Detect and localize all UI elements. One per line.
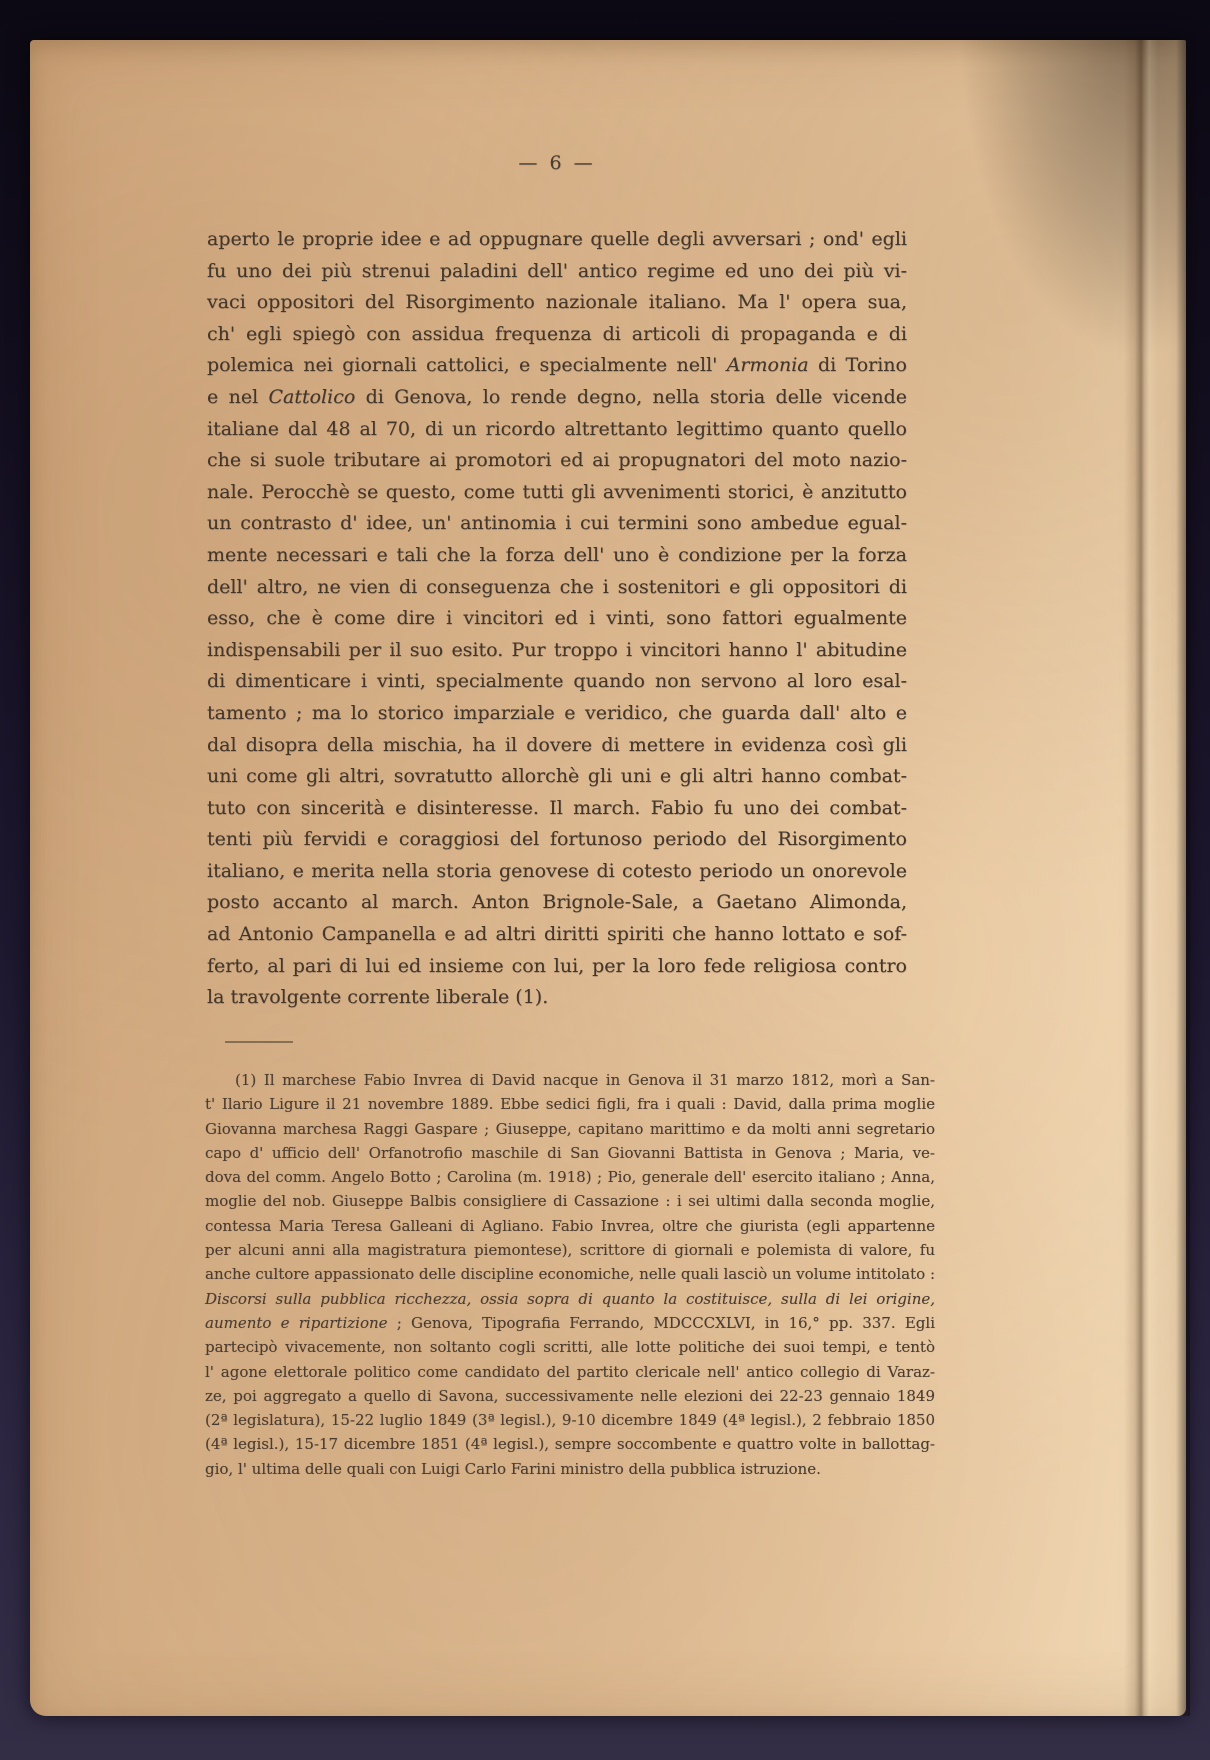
text-line: e nel Cattolico di Genova, lo rende degn…: [207, 382, 907, 414]
text-line: posto accanto al march. Anton Brignole-S…: [207, 887, 907, 919]
text-line: dova del comm. Angelo Botto ; Carolina (…: [205, 1165, 935, 1189]
page-number: — 6 —: [207, 152, 907, 174]
text-line: contessa Maria Teresa Galleani di Aglian…: [205, 1214, 935, 1238]
text-line: dell' altro, ne vien di conseguenza che …: [207, 572, 907, 604]
text-line: gio, l' ultima delle quali con Luigi Car…: [205, 1457, 935, 1481]
text-line: ad Antonio Campanella e ad altri diritti…: [207, 919, 907, 951]
footnote-separator: [225, 1041, 293, 1043]
book-page: — 6 — aperto le proprie idee e ad oppugn…: [30, 40, 1186, 1716]
text-line: Discorsi sulla pubblica ricchezza, ossia…: [205, 1287, 935, 1311]
text-line: ch' egli spiegò con assidua frequenza di…: [207, 319, 907, 351]
footnote-text-block: (1) Il marchese Fabio Invrea di David na…: [205, 1068, 935, 1481]
text-line: ferto, al pari di lui ed insieme con lui…: [207, 951, 907, 983]
text-line: Giovanna marchesa Raggi Gaspare ; Giusep…: [205, 1117, 935, 1141]
page-edge-shadow: [1176, 40, 1190, 1716]
text-line: aumento e ripartizione ; Genova, Tipogra…: [205, 1311, 935, 1335]
text-line: italiane dal 48 al 70, di un ricordo alt…: [207, 414, 907, 446]
text-line: tuto con sincerità e disinteresse. Il ma…: [207, 793, 907, 825]
text-line: dal disopra della mischia, ha il dovere …: [207, 730, 907, 762]
text-line: tamento ; ma lo storico imparziale e ver…: [207, 698, 907, 730]
text-line: fu uno dei più strenui paladini dell' an…: [207, 256, 907, 288]
text-line: mente necessari e tali che la forza dell…: [207, 540, 907, 572]
text-line: moglie del nob. Giuseppe Balbis consigli…: [205, 1189, 935, 1213]
text-line: (4ª legisl.), 15-17 dicembre 1851 (4ª le…: [205, 1432, 935, 1456]
text-line: uni come gli altri, sovratutto allorchè …: [207, 761, 907, 793]
text-line: aperto le proprie idee e ad oppugnare qu…: [207, 224, 907, 256]
text-line: la travolgente corrente liberale (1).: [207, 982, 907, 1014]
text-line: (2ª legislatura), 15-22 luglio 1849 (3ª …: [205, 1408, 935, 1432]
page-curl-shadow: [956, 40, 1186, 360]
main-text-block: aperto le proprie idee e ad oppugnare qu…: [207, 224, 907, 1014]
text-line: italiano, e merita nella storia genovese…: [207, 856, 907, 888]
text-line: tenti più fervidi e coraggiosi del fortu…: [207, 824, 907, 856]
text-line: di dimenticare i vinti, specialmente qua…: [207, 666, 907, 698]
text-line: capo d' ufficio dell' Orfanotrofio masch…: [205, 1141, 935, 1165]
text-line: che si suole tributare ai promotori ed a…: [207, 445, 907, 477]
text-line: un contrasto d' idee, un' antinomia i cu…: [207, 508, 907, 540]
text-line: (1) Il marchese Fabio Invrea di David na…: [205, 1068, 935, 1092]
text-line: anche cultore appassionato delle discipl…: [205, 1262, 935, 1286]
text-line: nale. Perocchè se questo, come tutti gli…: [207, 477, 907, 509]
text-line: per alcuni anni alla magistratura piemon…: [205, 1238, 935, 1262]
text-line: polemica nei giornali cattolici, e speci…: [207, 350, 907, 382]
text-line: ze, poi aggregato a quello di Savona, su…: [205, 1384, 935, 1408]
text-line: vaci oppositori del Risorgimento naziona…: [207, 287, 907, 319]
page-fold-crease: [1124, 40, 1158, 1716]
text-line: t' Ilario Ligure il 21 novembre 1889. Eb…: [205, 1092, 935, 1116]
text-line: indispensabili per il suo esito. Pur tro…: [207, 635, 907, 667]
text-line: esso, che è come dire i vincitori ed i v…: [207, 603, 907, 635]
text-line: l' agone elettorale politico come candid…: [205, 1360, 935, 1384]
photo-background: { "page": { "number_label": "— 6 —" }, "…: [0, 0, 1210, 1760]
text-line: partecipò vivacemente, non soltanto cogl…: [205, 1335, 935, 1359]
